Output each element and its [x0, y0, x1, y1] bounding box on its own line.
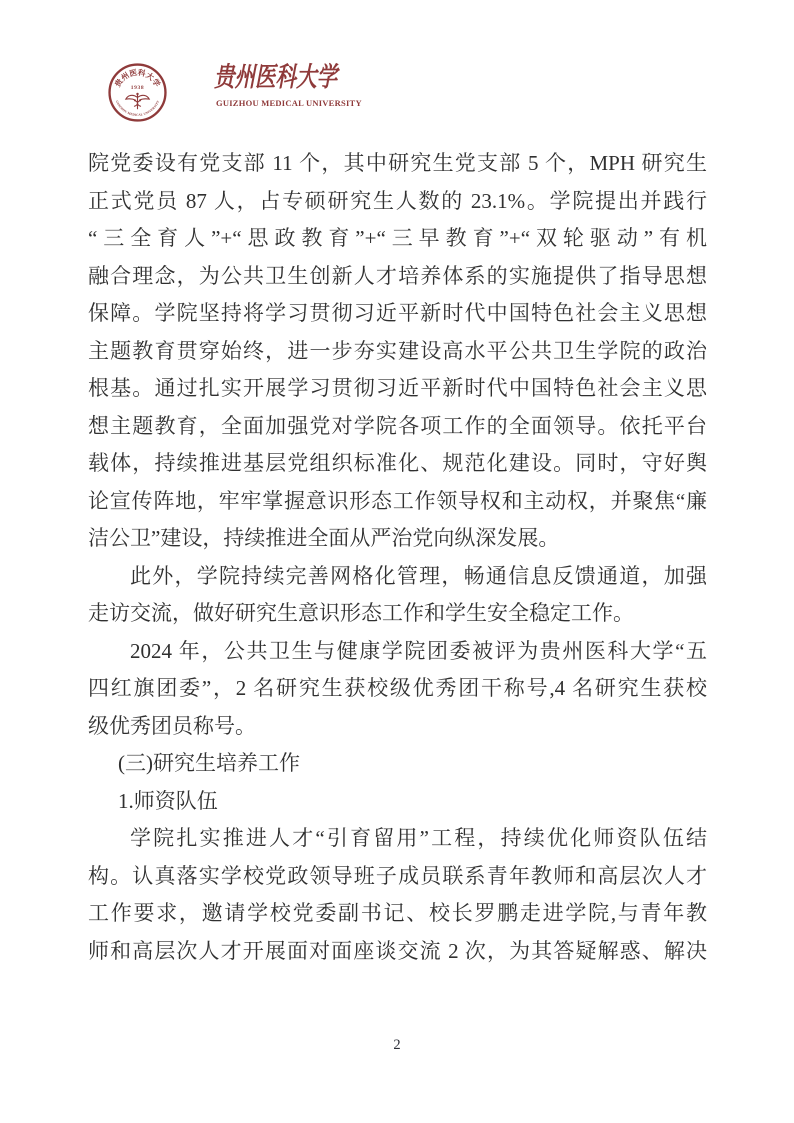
paragraph: 学院扎实推进人才“引育留用”工程，持续优化师资队伍结构。认真落实学校党政领导班子… [88, 820, 707, 970]
text-line: 根基。通过扎实开展学习贯彻习近平新时代中国特色社会主义思 [88, 370, 707, 408]
text-line: 此外，学院持续完善网格化管理，畅通信息反馈通道，加强 [88, 558, 707, 596]
text-line: 院党委设有党支部 11 个，其中研究生党支部 5 个，MPH 研究生 [88, 145, 707, 183]
document-page: 贵州医科大学 1938 GUIZHOU MEDICAL UNIVERSITY 贵… [0, 0, 794, 1123]
page-number: 2 [0, 1037, 794, 1054]
text-line: “三全育人”+“思政教育”+“三早教育”+“双轮驱动”有机 [88, 220, 707, 258]
text-line: 洁公卫”建设，持续推进全面从严治党向纵深发展。 [88, 520, 707, 558]
paragraph: 此外，学院持续完善网格化管理，畅通信息反馈通道，加强走访交流，做好研究生意识形态… [88, 558, 707, 633]
text-line: 工作要求，邀请学校党委副书记、校长罗鹏走进学院,与青年教 [88, 895, 707, 933]
text-line: 级优秀团员称号。 [88, 708, 707, 746]
text-line: 1.师资队伍 [88, 783, 707, 821]
text-line: 构。认真落实学校党政领导班子成员联系青年教师和高层次人才 [88, 858, 707, 896]
university-logo: 贵州医科大学 1938 GUIZHOU MEDICAL UNIVERSITY 贵… [0, 0, 794, 140]
text-line: 师和高层次人才开展面对面座谈交流 2 次，为其答疑解惑、解决 [88, 933, 707, 971]
text-line: (三)研究生培养工作 [88, 745, 707, 783]
section-heading: (三)研究生培养工作 [88, 745, 707, 783]
text-line: 四红旗团委”，2 名研究生获校级优秀团干称号,4 名研究生获校 [88, 670, 707, 708]
paragraph: 2024 年，公共卫生与健康学院团委被评为贵州医科大学“五四红旗团委”，2 名研… [88, 633, 707, 746]
text-line: 正式党员 87 人，占专硕研究生人数的 23.1%。学院提出并践行 [88, 183, 707, 221]
text-line: 融合理念，为公共卫生创新人才培养体系的实施提供了指导思想 [88, 258, 707, 296]
text-line: 论宣传阵地，牢牢掌握意识形态工作领导权和主动权，并聚焦“廉 [88, 483, 707, 521]
text-line: 载体，持续推进基层党组织标准化、规范化建设。同时，守好舆 [88, 445, 707, 483]
text-line: 走访交流，做好研究生意识形态工作和学生安全稳定工作。 [88, 595, 707, 633]
university-name-cn: 贵州医科大学 [214, 60, 337, 96]
seal-year-text: 1938 [131, 85, 144, 91]
university-seal-icon: 贵州医科大学 1938 GUIZHOU MEDICAL UNIVERSITY [107, 62, 168, 123]
text-line: 保障。学院坚持将学习贯彻习近平新时代中国特色社会主义思想 [88, 295, 707, 333]
document-body: 院党委设有党支部 11 个，其中研究生党支部 5 个，MPH 研究生正式党员 8… [88, 145, 707, 970]
section-heading: 1.师资队伍 [88, 783, 707, 821]
paragraph: 院党委设有党支部 11 个，其中研究生党支部 5 个，MPH 研究生正式党员 8… [88, 145, 707, 558]
caduceus-icon [126, 93, 149, 109]
text-line: 主题教育贯穿始终，进一步夯实建设高水平公共卫生学院的政治 [88, 333, 707, 371]
text-line: 2024 年，公共卫生与健康学院团委被评为贵州医科大学“五 [88, 633, 707, 671]
university-name-en: GUIZHOU MEDICAL UNIVERSITY [216, 98, 362, 108]
text-line: 想主题教育，全面加强党对学院各项工作的全面领导。依托平台 [88, 408, 707, 446]
text-line: 学院扎实推进人才“引育留用”工程，持续优化师资队伍结 [88, 820, 707, 858]
